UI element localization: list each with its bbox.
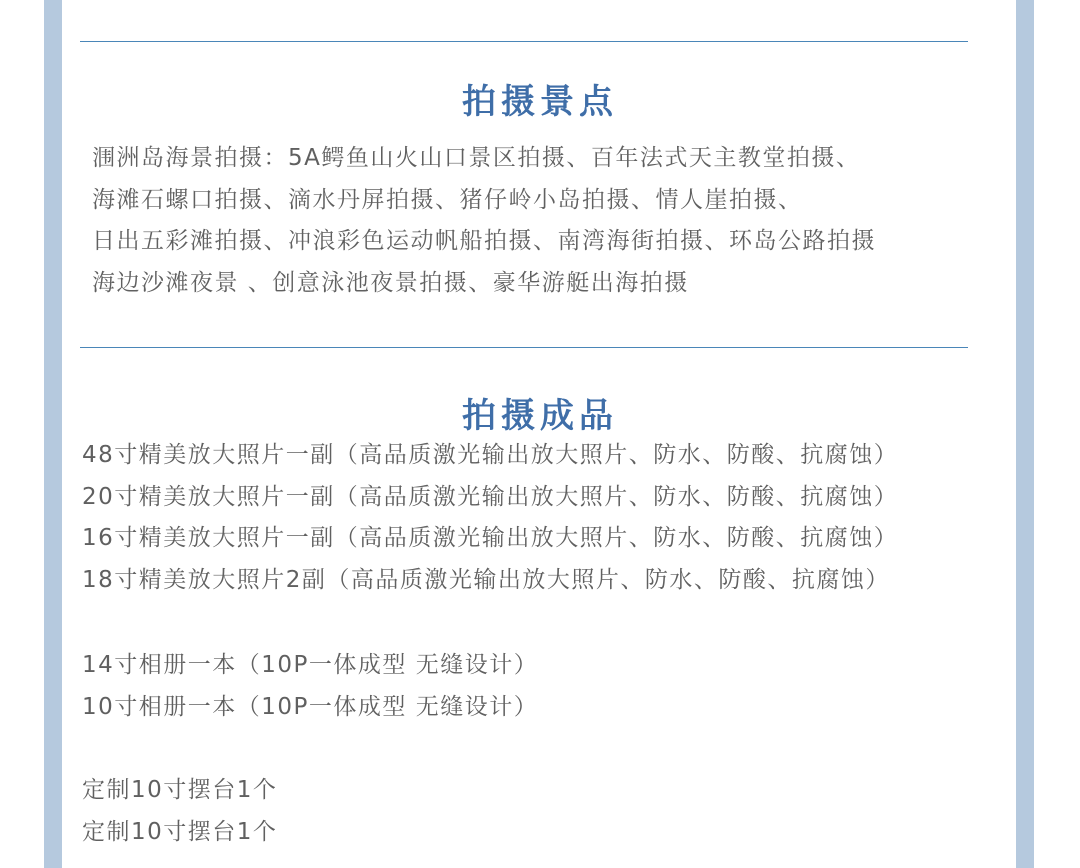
photo-product-item: 48寸精美放大照片一副（高品质激光输出放大照片、防水、防酸、抗腐蚀） — [82, 435, 898, 477]
album-product-item: 14寸相册一本（10P一体成型 无缝设计） — [82, 645, 538, 687]
divider-top — [80, 41, 968, 42]
album-product-item: 10寸相册一本（10P一体成型 无缝设计） — [82, 687, 538, 729]
products-heading: 拍摄成品 — [0, 388, 1080, 437]
frame-products-list: 定制10寸摆台1个 定制10寸摆台1个 — [82, 770, 277, 853]
spots-line: 海滩石螺口拍摄、滴水丹屏拍摄、猪仔岭小岛拍摄、情人崖拍摄、 — [92, 180, 876, 222]
spots-list: 涠洲岛海景拍摄：5A鳄鱼山火山口景区拍摄、百年法式天主教堂拍摄、 海滩石螺口拍摄… — [92, 138, 876, 304]
spots-heading: 拍摄景点 — [0, 74, 1080, 123]
album-products-list: 14寸相册一本（10P一体成型 无缝设计） 10寸相册一本（10P一体成型 无缝… — [82, 645, 538, 728]
frame-product-item: 定制10寸摆台1个 — [82, 770, 277, 812]
spots-line: 海边沙滩夜景 、创意泳池夜景拍摄、豪华游艇出海拍摄 — [92, 263, 876, 305]
photo-product-item: 20寸精美放大照片一副（高品质激光输出放大照片、防水、防酸、抗腐蚀） — [82, 477, 898, 519]
frame-product-item: 定制10寸摆台1个 — [82, 812, 277, 854]
photo-product-item: 18寸精美放大照片2副（高品质激光输出放大照片、防水、防酸、抗腐蚀） — [82, 560, 898, 602]
photo-product-item: 16寸精美放大照片一副（高品质激光输出放大照片、防水、防酸、抗腐蚀） — [82, 518, 898, 560]
spots-line: 日出五彩滩拍摄、冲浪彩色运动帆船拍摄、南湾海街拍摄、环岛公路拍摄 — [92, 221, 876, 263]
photo-products-list: 48寸精美放大照片一副（高品质激光输出放大照片、防水、防酸、抗腐蚀） 20寸精美… — [82, 435, 898, 601]
spots-line: 涠洲岛海景拍摄：5A鳄鱼山火山口景区拍摄、百年法式天主教堂拍摄、 — [92, 138, 876, 180]
divider-middle — [80, 347, 968, 348]
